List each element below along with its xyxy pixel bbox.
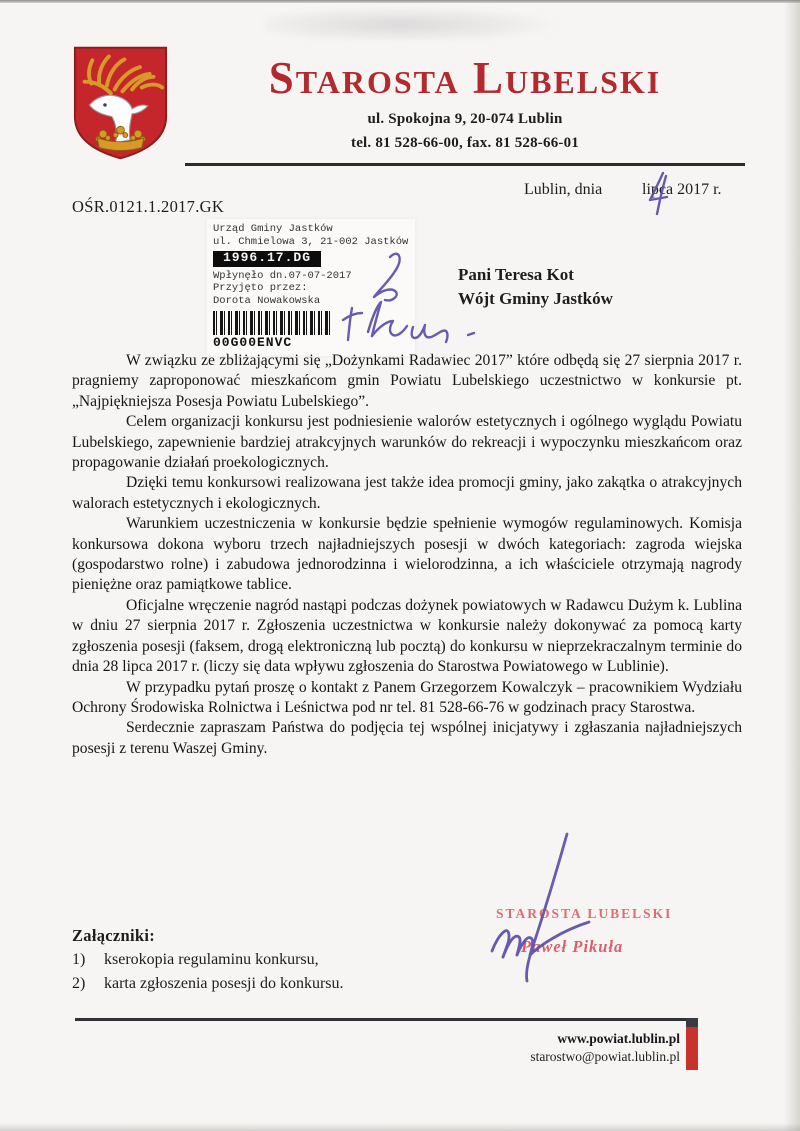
letterhead: Starosta Lubelski ul. Spokojna 9, 20-074… — [183, 54, 747, 152]
scan-bleedthrough-smudge — [265, 6, 565, 40]
scan-edge-bottom — [0, 1123, 800, 1131]
attachment-number: 1) — [72, 950, 104, 970]
barcode-text: 00G00ENVC — [213, 337, 409, 350]
letter-body: W związku ze zbliżającymi się „Dożynkami… — [72, 351, 742, 759]
stamp-office-line1: Urząd Gminy Jastków — [213, 223, 409, 236]
footer-bar-cap — [686, 1018, 698, 1027]
signature-stamp-name: Paweł Pikuła — [521, 937, 623, 957]
paragraph-5: Oficjalne wręczenie nagród nastąpi podcz… — [72, 596, 742, 678]
attachment-item: 1) kserokopia regulaminu konkursu, — [72, 950, 344, 970]
stamp-accepted-by: Dorota Nowakowska — [213, 295, 409, 308]
paragraph-3: Dzięki temu konkursowi realizowana jest … — [72, 473, 742, 514]
recipient-name: Pani Teresa Kot — [458, 263, 613, 287]
received-stamp: Urząd Gminy Jastków ul. Chmielowa 3, 21-… — [207, 219, 415, 356]
attachment-item: 2) karta zgłoszenia posesji do konkursu. — [72, 974, 344, 994]
footer-website: www.powiat.lublin.pl — [420, 1031, 680, 1047]
attachment-text: kserokopia regulaminu konkursu, — [104, 950, 319, 970]
date-suffix: lipca 2017 r. — [642, 181, 722, 199]
paragraph-6: W przypadku pytań proszę o kontakt z Pan… — [72, 678, 742, 719]
paragraph-1: W związku ze zbliżającymi się „Dożynkami… — [72, 351, 742, 412]
footer-red-bar — [686, 1027, 698, 1070]
stamp-received-date: Wpłynęło dn.07-07-2017 — [213, 270, 409, 283]
coat-of-arms-lublin-county-icon — [72, 44, 169, 162]
scanned-letter-page: Starosta Lubelski ul. Spokojna 9, 20-074… — [0, 0, 800, 1131]
scan-edge-right — [784, 0, 800, 1131]
stamp-accepted-by-label: Przyjęto przez: — [213, 282, 409, 295]
letterhead-rule — [185, 163, 745, 166]
date-prefix: Lublin, dnia — [524, 181, 602, 199]
letterhead-address: ul. Spokojna 9, 20-074 Lublin — [183, 111, 747, 128]
signature-stamp-title: STAROSTA LUBELSKI — [496, 906, 672, 922]
letterhead-title: Starosta Lubelski — [183, 54, 747, 102]
attachments-heading: Załączniki: — [72, 926, 344, 946]
reference-number: OŚR.0121.1.2017.GK — [72, 197, 224, 217]
paragraph-7: Serdecznie zapraszam Państwa do podjęcia… — [72, 718, 742, 759]
scan-edge-top — [0, 0, 800, 3]
stamp-office-line2: ul. Chmielowa 3, 21-002 Jastków — [213, 236, 409, 249]
attachment-text: karta zgłoszenia posesji do konkursu. — [104, 974, 344, 994]
recipient-title: Wójt Gminy Jastków — [458, 287, 613, 311]
letterhead-phone: tel. 81 528-66-00, fax. 81 528-66-01 — [183, 135, 747, 152]
footer-rule — [75, 1018, 697, 1021]
attachments-section: Załączniki: 1) kserokopia regulaminu kon… — [72, 926, 344, 994]
paragraph-2: Celem organizacji konkursu jest podniesi… — [72, 412, 742, 473]
attachment-number: 2) — [72, 974, 104, 994]
paragraph-4: Warunkiem uczestniczenia w konkursie będ… — [72, 514, 742, 596]
stamp-case-number: 1996.17.DG — [213, 251, 321, 267]
recipient-block: Pani Teresa Kot Wójt Gminy Jastków — [458, 263, 613, 311]
barcode — [213, 311, 333, 335]
footer-email: starostwo@powiat.lublin.pl — [420, 1049, 680, 1065]
